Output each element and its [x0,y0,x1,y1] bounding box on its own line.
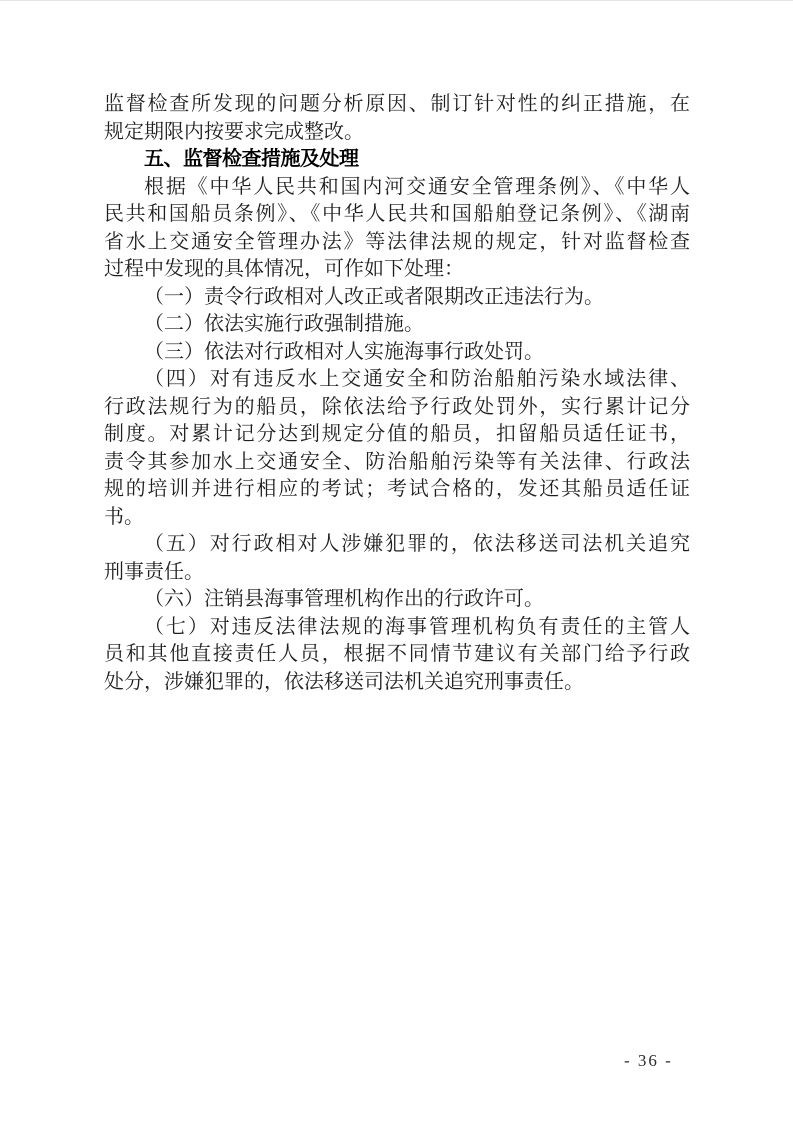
text-line: 省水上交通安全管理办法》等法律法规的规定，针对监督检查 [104,229,690,257]
text-line: 根据《中华人民共和国内河交通安全管理条例》、《中华人 [104,174,690,202]
text-block: 监督检查所发现的问题分析原因、制订针对性的纠正措施，在 规定期限内按要求完成整改… [104,91,690,696]
text-line: （一）责令行政相对人改正或者限期改正违法行为。 [104,284,690,312]
text-line: （七）对违反法律法规的海事管理机构负有责任的主管人 [104,614,690,642]
text-line: 责令其参加水上交通安全、防治船舶污染等有关法律、行政法 [104,449,690,477]
text-line: 制度。对累计记分达到规定分值的船员，扣留船员适任证书， [104,421,690,449]
text-line: 书。 [104,504,690,532]
section-heading: 五、监督检查措施及处理 [104,146,690,174]
document-page: 监督检查所发现的问题分析原因、制订针对性的纠正措施，在 规定期限内按要求完成整改… [0,0,793,1122]
text-line: （三）依法对行政相对人实施海事行政处罚。 [104,339,690,367]
text-line: 规的培训并进行相应的考试；考试合格的，发还其船员适任证 [104,476,690,504]
text-line: 民共和国船员条例》、《中华人民共和国船舶登记条例》、《湖南 [104,201,690,229]
text-line: （五）对行政相对人涉嫌犯罪的，依法移送司法机关追究 [104,531,690,559]
page-number: - 36 - [624,1051,673,1071]
text-line: 处分，涉嫌犯罪的，依法移送司法机关追究刑事责任。 [104,669,690,697]
text-line: （二）依法实施行政强制措施。 [104,311,690,339]
text-line: （四）对有违反水上交通安全和防治船舶污染水域法律、 [104,366,690,394]
text-line: 过程中发现的具体情况，可作如下处理： [104,256,690,284]
scan-edge [0,0,793,1]
text-line: 规定期限内按要求完成整改。 [104,119,690,147]
text-line: 刑事责任。 [104,559,690,587]
text-line: 监督检查所发现的问题分析原因、制订针对性的纠正措施，在 [104,91,690,119]
text-line: 行政法规行为的船员，除依法给予行政处罚外，实行累计记分 [104,394,690,422]
text-line: （六）注销县海事管理机构作出的行政许可。 [104,586,690,614]
text-line: 员和其他直接责任人员，根据不同情节建议有关部门给予行政 [104,641,690,669]
